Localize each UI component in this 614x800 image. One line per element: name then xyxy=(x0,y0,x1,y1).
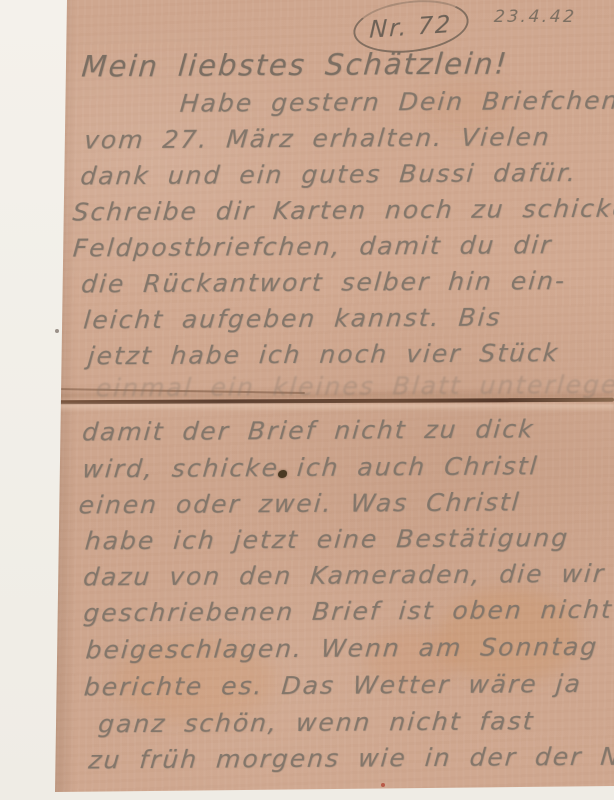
handwritten-line: vom 27. März erhalten. Vielen xyxy=(83,122,552,154)
handwritten-line: zu früh morgens wie in der der Nebel- xyxy=(87,741,614,774)
handwritten-line: dank und ein gutes Bussi dafür. xyxy=(79,158,578,190)
handwritten-body: Mein liebstes Schätzlein! Habe gestern D… xyxy=(0,0,614,800)
handwritten-line: geschriebenen Brief ist oben nicht xyxy=(82,595,614,628)
handwritten-line: ganz schön, wenn nicht fast xyxy=(97,706,536,738)
letter-scan: Nr. 72 23.4.42 Mein liebstes Schätzlein!… xyxy=(0,0,614,800)
handwritten-line: Schreibe dir Karten noch zu schicken xyxy=(72,194,614,227)
handwritten-line: jetzt habe ich noch vier Stück xyxy=(87,338,561,370)
handwritten-line: damit der Brief nicht zu dick xyxy=(81,414,536,446)
salutation-line: Mein liebstes Schätzlein! xyxy=(80,47,509,84)
paper-sheet: Nr. 72 23.4.42 Mein liebstes Schätzlein!… xyxy=(0,0,614,800)
handwritten-line: beigeschlagen. Wenn am Sonntag xyxy=(85,632,600,665)
handwritten-line: dazu von den Kameraden, die wir xyxy=(82,559,606,592)
handwritten-line: habe ich jetzt eine Bestätigung xyxy=(84,523,571,555)
handwritten-line: Habe gestern Dein Briefchen xyxy=(179,86,614,118)
handwritten-line-faded: einmal ein kleines Blatt unterlegen xyxy=(95,370,614,403)
handwritten-line: einen oder zwei. Was Christl xyxy=(78,488,522,520)
handwritten-line: leicht aufgeben kannst. Bis xyxy=(82,303,503,335)
handwritten-line: berichte es. Das Wetter wäre ja xyxy=(83,669,583,701)
handwritten-line: wird, schicke ich auch Christl xyxy=(81,451,539,483)
handwritten-line: die Rückantwort selber hin ein- xyxy=(80,266,567,298)
handwritten-line: Feldpostbriefchen, damit du dir xyxy=(72,230,554,262)
gray-speck xyxy=(55,329,59,333)
